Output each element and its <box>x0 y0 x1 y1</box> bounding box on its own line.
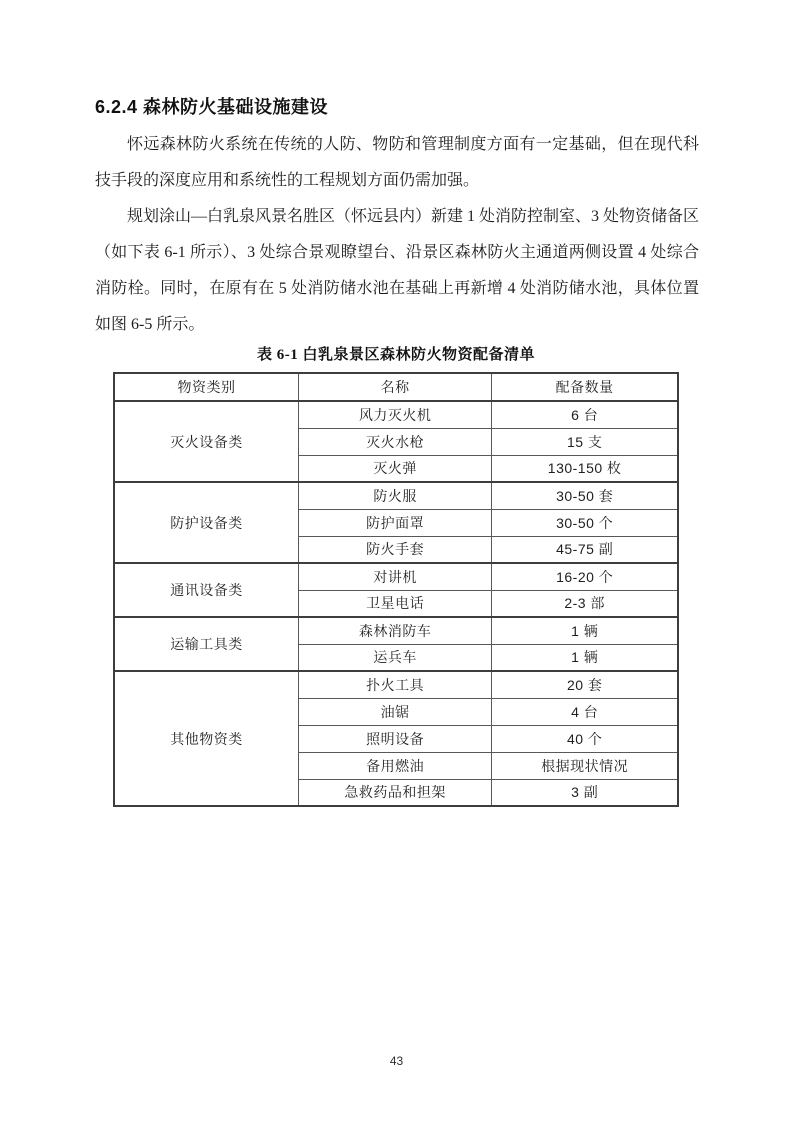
item-name-cell: 备用燃油 <box>298 752 491 779</box>
document-page: 6.2.4 森林防火基础设施建设 怀远森林防火系统在传统的人防、物防和管理制度方… <box>0 0 793 1122</box>
quantity-cell: 30-50 套 <box>492 482 678 509</box>
item-name-cell: 防护面罩 <box>298 509 491 536</box>
table-row: 灭火设备类风力灭火机6 台 <box>114 401 678 428</box>
table-row: 防护设备类防火服30-50 套 <box>114 482 678 509</box>
supplies-table-grid: 物资类别 名称 配备数量 灭火设备类风力灭火机6 台灭火水枪15 支灭火弹130… <box>113 372 679 807</box>
quantity-cell: 130-150 枚 <box>492 455 678 482</box>
item-name-cell: 照明设备 <box>298 725 491 752</box>
item-name-cell: 灭火水枪 <box>298 428 491 455</box>
item-name-cell: 扑火工具 <box>298 671 491 698</box>
item-name-cell: 对讲机 <box>298 563 491 590</box>
quantity-cell: 1 辆 <box>492 644 678 671</box>
column-header-category: 物资类别 <box>114 373 298 401</box>
category-cell: 通讯设备类 <box>114 563 298 617</box>
quantity-cell: 根据现状情况 <box>492 752 678 779</box>
quantity-cell: 2-3 部 <box>492 590 678 617</box>
item-name-cell: 森林消防车 <box>298 617 491 644</box>
paragraph-intro: 怀远森林防火系统在传统的人防、物防和管理制度方面有一定基础，但在现代科技手段的深… <box>95 127 699 199</box>
category-cell: 灭火设备类 <box>114 401 298 482</box>
quantity-cell: 30-50 个 <box>492 509 678 536</box>
quantity-cell: 1 辆 <box>492 617 678 644</box>
column-header-quantity: 配备数量 <box>492 373 678 401</box>
table-row: 通讯设备类对讲机16-20 个 <box>114 563 678 590</box>
quantity-cell: 15 支 <box>492 428 678 455</box>
table-row: 运输工具类森林消防车1 辆 <box>114 617 678 644</box>
item-name-cell: 灭火弹 <box>298 455 491 482</box>
quantity-cell: 4 台 <box>492 698 678 725</box>
table-caption: 表 6-1 白乳泉景区森林防火物资配备清单 <box>113 345 679 365</box>
quantity-cell: 40 个 <box>492 725 678 752</box>
quantity-cell: 45-75 副 <box>492 536 678 563</box>
item-name-cell: 防火手套 <box>298 536 491 563</box>
supplies-table-body: 灭火设备类风力灭火机6 台灭火水枪15 支灭火弹130-150 枚防护设备类防火… <box>114 401 678 806</box>
item-name-cell: 风力灭火机 <box>298 401 491 428</box>
section-heading: 6.2.4 森林防火基础设施建设 <box>95 96 705 118</box>
quantity-cell: 6 台 <box>492 401 678 428</box>
item-name-cell: 防火服 <box>298 482 491 509</box>
category-cell: 其他物资类 <box>114 671 298 806</box>
table-header-row: 物资类别 名称 配备数量 <box>114 373 678 401</box>
supplies-table: 物资类别 名称 配备数量 灭火设备类风力灭火机6 台灭火水枪15 支灭火弹130… <box>113 372 679 807</box>
item-name-cell: 卫星电话 <box>298 590 491 617</box>
paragraph-planning: 规划涂山—白乳泉风景名胜区（怀远县内）新建 1 处消防控制室、3 处物资储备区（… <box>95 199 699 343</box>
quantity-cell: 16-20 个 <box>492 563 678 590</box>
item-name-cell: 油锯 <box>298 698 491 725</box>
column-header-name: 名称 <box>298 373 491 401</box>
quantity-cell: 3 副 <box>492 779 678 806</box>
table-row: 其他物资类扑火工具20 套 <box>114 671 678 698</box>
quantity-cell: 20 套 <box>492 671 678 698</box>
category-cell: 运输工具类 <box>114 617 298 671</box>
item-name-cell: 急救药品和担架 <box>298 779 491 806</box>
category-cell: 防护设备类 <box>114 482 298 563</box>
item-name-cell: 运兵车 <box>298 644 491 671</box>
page-number: 43 <box>0 1053 793 1069</box>
